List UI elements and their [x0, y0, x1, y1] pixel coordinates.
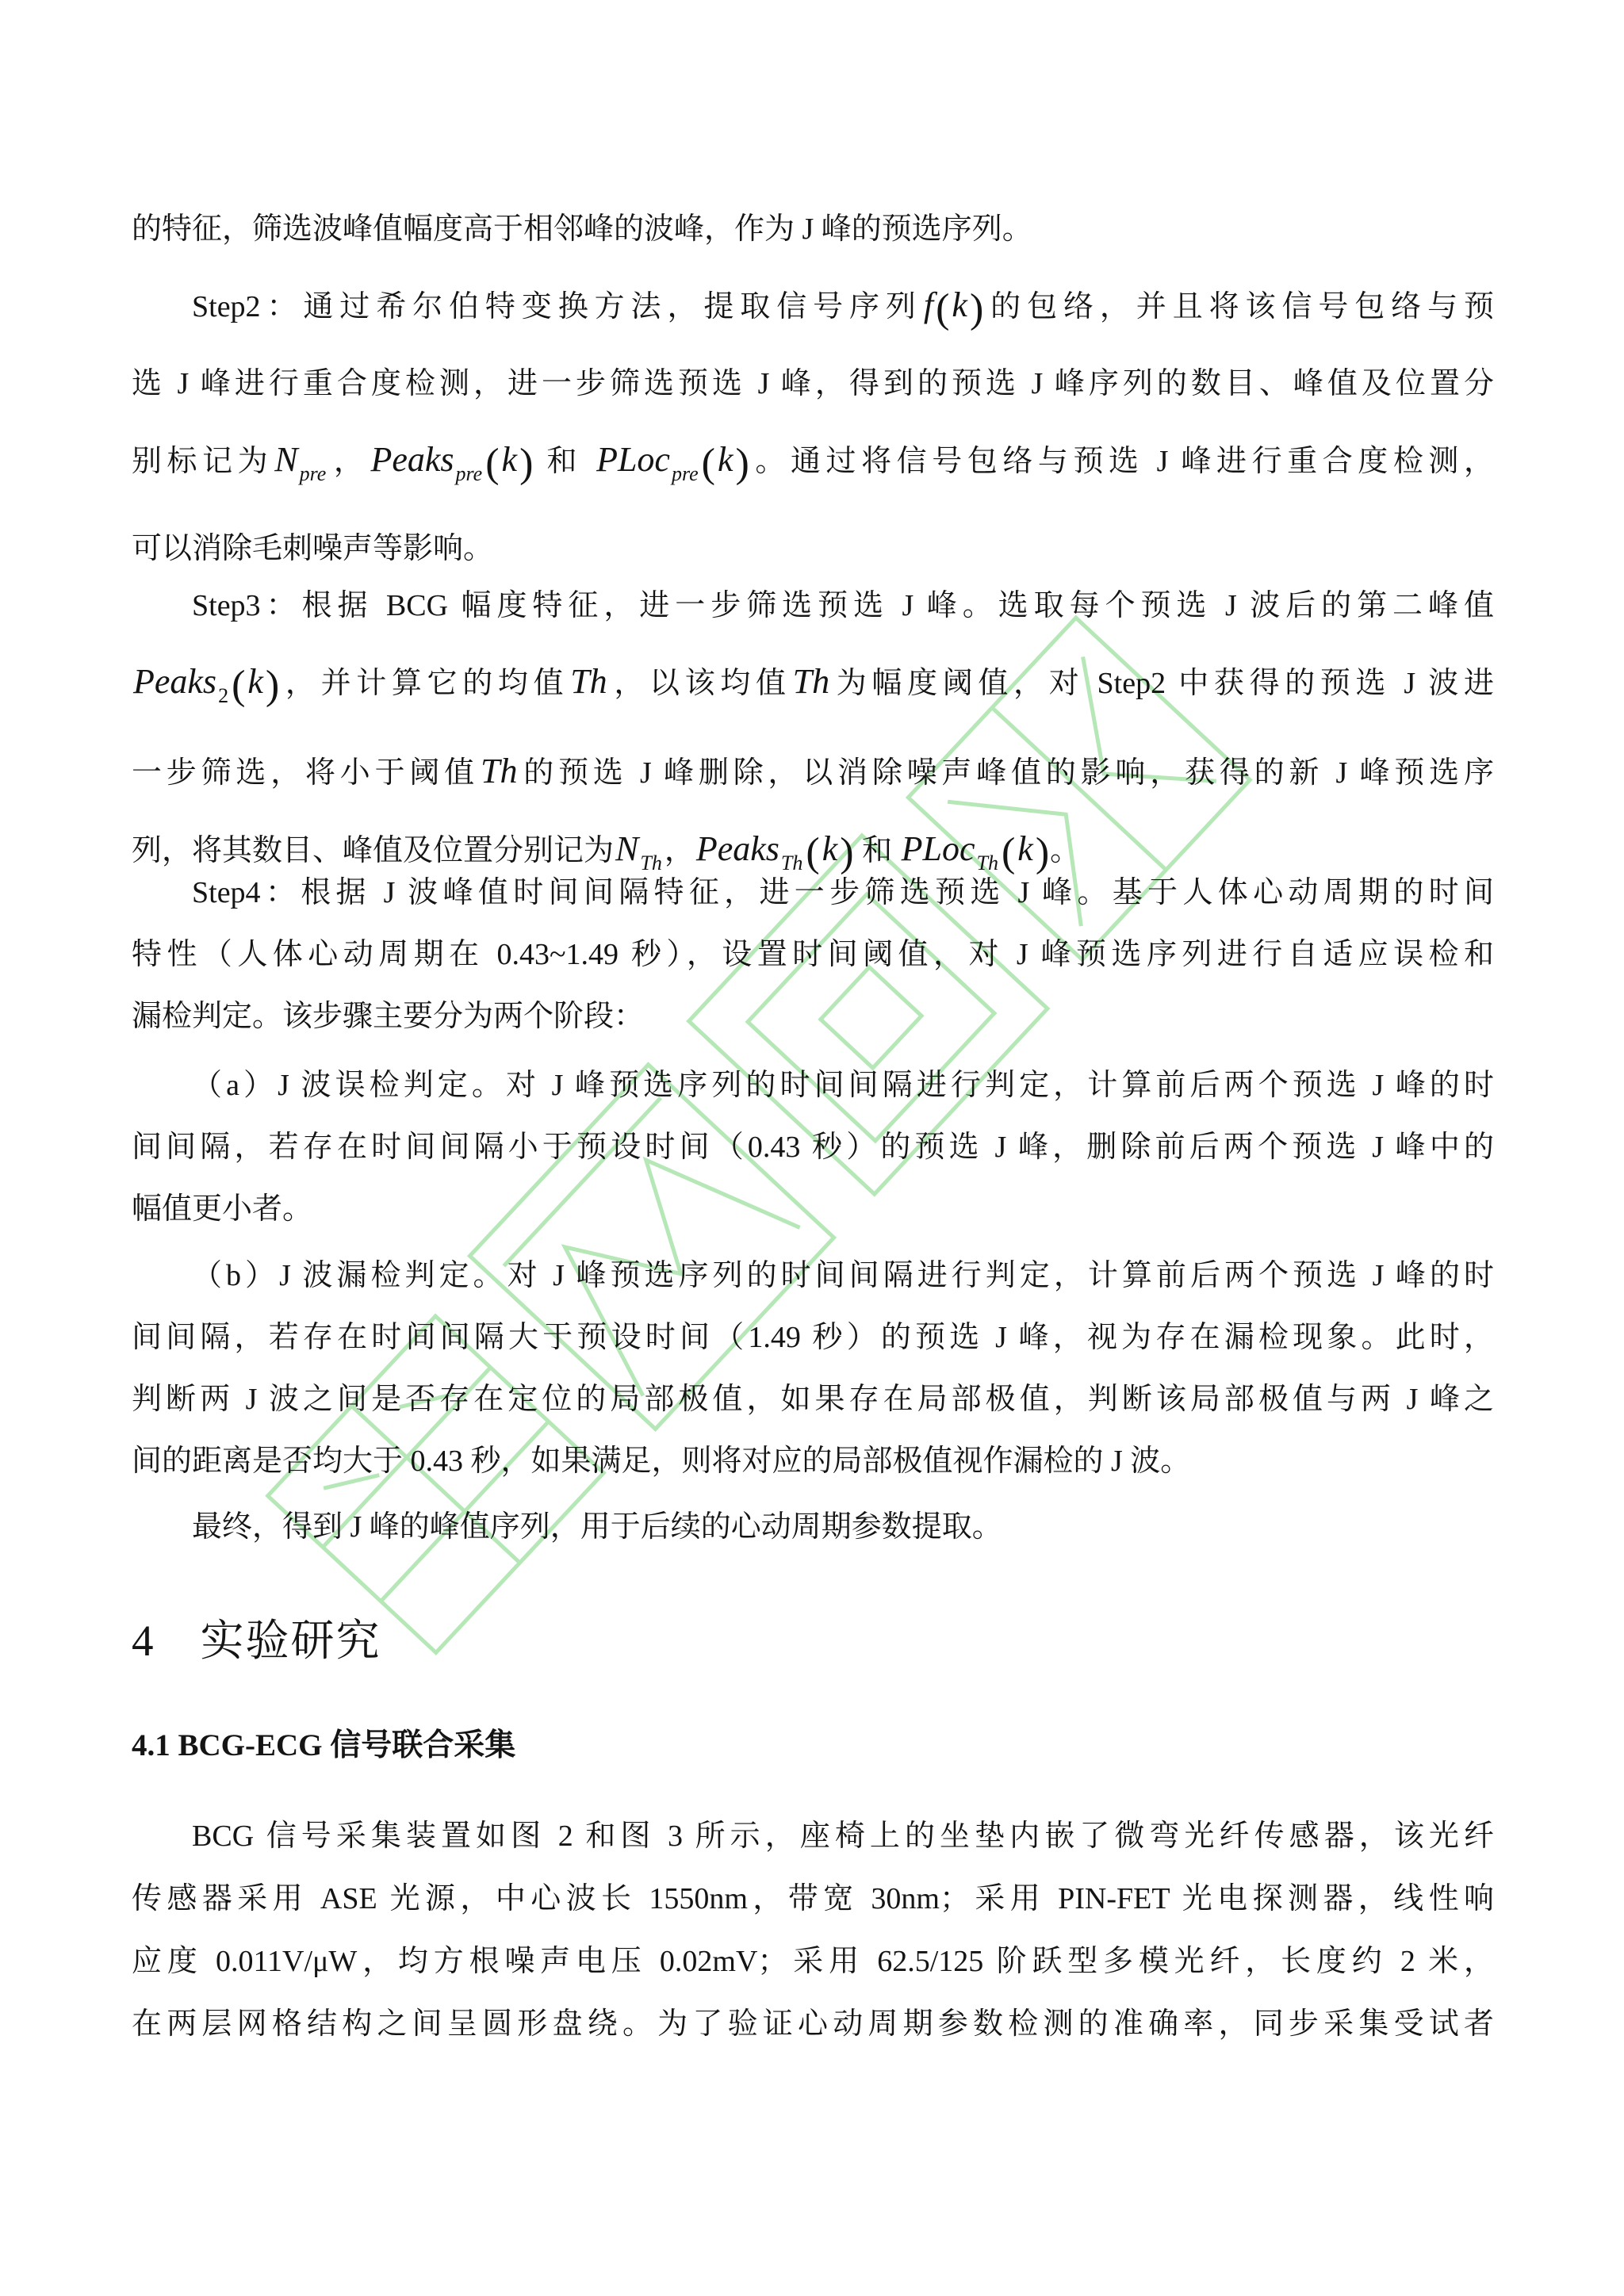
- body-text: 和: [534, 445, 595, 478]
- paragraph-line: 间间隔，若存在时间间隔大于预设时间（1.49 秒）的预选 J 峰，视为存在漏检现…: [132, 1307, 1494, 1368]
- math-var-f: f: [922, 285, 935, 324]
- paragraph-line: （b）J 波漏检判定。对 J 峰预选序列的时间间隔进行判定，计算前后两个预选 J…: [132, 1245, 1494, 1307]
- math-paren: ): [735, 441, 750, 486]
- body-text: 间的距离是否均大于 0.43 秒，如果满足，则将对应的局部极值视作漏检的 J 波…: [132, 1445, 1190, 1478]
- body-text: 间间隔，若存在时间间隔大于预设时间（1.49 秒）的预选 J 峰，视为存在漏检现…: [132, 1321, 1494, 1354]
- body-text: 为幅度阈值，对 Step2 中获得的预选 J 波进: [831, 667, 1494, 700]
- body-text: 。通过将信号包络与预选 J 峰进行重合度检测，: [750, 445, 1494, 478]
- section-heading-4: 4 实验研究: [132, 1611, 381, 1671]
- paragraph-line: 传感器采用 ASE 光源，中心波长 1550nm，带宽 30nm；采用 PIN-…: [132, 1868, 1494, 1931]
- math-paren: ): [265, 663, 280, 708]
- body-text: 的预选 J 峰删除，以消除噪声峰值的影响，获得的新 J 峰预选序: [519, 756, 1494, 790]
- paragraph-line: BCG 信号采集装置如图 2 和图 3 所示，座椅上的坐垫内嵌了微弯光纤传感器，…: [132, 1805, 1494, 1868]
- body-text: BCG 信号采集装置如图 2 和图 3 所示，座椅上的坐垫内嵌了微弯光纤传感器，…: [192, 1820, 1494, 1853]
- subsection-heading-4-1: 4.1 BCG-ECG 信号联合采集: [132, 1723, 515, 1769]
- math-sub-pre: pre: [672, 462, 701, 485]
- paragraph-line: Peaks2(k)，并计算它的均值Th，以该均值Th为幅度阈值，对 Step2 …: [132, 644, 1494, 733]
- body-text: Step2：通过希尔伯特变换方法，提取信号序列: [192, 290, 922, 323]
- math-var-th: Th: [479, 752, 519, 790]
- body-text: （a）J 波误检判定。对 J 峰预选序列的时间间隔进行判定，计算前后两个预选 J…: [192, 1069, 1494, 1102]
- paragraph-line: 漏检判定。该步骤主要分为两个阶段：: [132, 985, 1494, 1047]
- body-text: 一步筛选，将小于阈值: [132, 756, 479, 790]
- math-paren: (: [935, 286, 950, 331]
- paragraph-line: 间间隔，若存在时间间隔小于预设时间（0.43 秒）的预选 J 峰，删除前后两个预…: [132, 1116, 1494, 1178]
- body-text: ，: [328, 445, 369, 478]
- math-var-N: N: [273, 440, 299, 479]
- body-text: 特性（人体心动周期在 0.43~1.49 秒），设置时间阈值，对 J 峰预选序列…: [132, 938, 1494, 971]
- body-text: 的特征，筛选波峰值幅度高于相邻峰的波峰，作为 J 峰的预选序列。: [132, 212, 1032, 246]
- body-text: 漏检判定。该步骤主要分为两个阶段：: [132, 1000, 644, 1033]
- body-text: Step3：根据 BCG 幅度特征，进一步筛选预选 J 峰。选取每个预选 J 波…: [192, 589, 1494, 622]
- math-paren: (: [701, 441, 716, 486]
- body-text: ，并计算它的均值: [280, 667, 569, 700]
- body-text: 幅值更小者。: [132, 1192, 312, 1226]
- paragraph-acquisition: BCG 信号采集装置如图 2 和图 3 所示，座椅上的坐垫内嵌了微弯光纤传感器，…: [132, 1805, 1494, 2056]
- body-text: Step4：根据 J 波峰值时间间隔特征，进一步筛选预选 J 峰。基于人体心动周…: [192, 876, 1494, 909]
- paragraph-line: Step2：通过希尔伯特变换方法，提取信号序列f(k)的包络，并且将该信号包络与…: [132, 267, 1494, 346]
- paragraph-step3: Step3：根据 BCG 幅度特征，进一步筛选预选 J 峰。选取每个预选 J 波…: [132, 568, 1494, 901]
- paragraph-line: Step4：根据 J 波峰值时间间隔特征，进一步筛选预选 J 峰。基于人体心动周…: [132, 862, 1494, 924]
- paragraph-step2: Step2：通过希尔伯特变换方法，提取信号序列f(k)的包络，并且将该信号包络与…: [132, 267, 1494, 587]
- math-var-th: Th: [569, 662, 608, 701]
- math-sub-pre: pre: [300, 462, 329, 485]
- body-text: 间间隔，若存在时间间隔小于预设时间（0.43 秒）的预选 J 峰，删除前后两个预…: [132, 1131, 1494, 1164]
- math-sub-2: 2: [218, 684, 231, 707]
- body-text: 在两层网格结构之间呈圆形盘绕。为了验证心动周期参数检测的准确率，同步采集受试者: [132, 2007, 1494, 2041]
- math-var-th: Th: [791, 662, 831, 701]
- math-var-ploc: PLoc: [595, 440, 672, 479]
- paragraph-line: 最终，得到 J 峰的峰值序列，用于后续的心动周期参数提取。: [132, 1496, 1494, 1558]
- paragraph-line: 特性（人体心动周期在 0.43~1.49 秒），设置时间阈值，对 J 峰预选序列…: [132, 924, 1494, 985]
- body-text: 选 J 峰进行重合度检测，进一步筛选预选 J 峰，得到的预选 J 峰序列的数目、…: [132, 367, 1494, 400]
- body-text: （b）J 波漏检判定。对 J 峰预选序列的时间间隔进行判定，计算前后两个预选 J…: [192, 1259, 1494, 1292]
- body-text: 传感器采用 ASE 光源，中心波长 1550nm，带宽 30nm；采用 PIN-…: [132, 1882, 1494, 1915]
- paragraph-line: （a）J 波误检判定。对 J 峰预选序列的时间间隔进行判定，计算前后两个预选 J…: [132, 1054, 1494, 1116]
- body-text: 判断两 J 波之间是否存在定位的局部极值，如果存在局部极值，判断该局部极值与两 …: [132, 1383, 1494, 1416]
- math-paren: ): [969, 286, 984, 331]
- paragraph-line: 间的距离是否均大于 0.43 秒，如果满足，则将对应的局部极值视作漏检的 J 波…: [132, 1430, 1494, 1492]
- math-var-k: k: [950, 285, 969, 324]
- math-paren: (: [485, 441, 500, 486]
- paragraph-line: 的特征，筛选波峰值幅度高于相邻峰的波峰，作为 J 峰的预选序列。: [132, 198, 1494, 260]
- body-text: ，以该均值: [609, 667, 791, 700]
- paragraph-line: Step3：根据 BCG 幅度特征，进一步筛选预选 J 峰。选取每个预选 J 波…: [132, 568, 1494, 644]
- paragraph-b-missed-detection: （b）J 波漏检判定。对 J 峰预选序列的时间间隔进行判定，计算前后两个预选 J…: [132, 1245, 1494, 1492]
- body-text: 可以消除毛刺噪声等影响。: [132, 532, 493, 565]
- document-page: 的特征，筛选波峰值幅度高于相邻峰的波峰，作为 J 峰的预选序列。 Step2：通…: [0, 0, 1624, 2296]
- math-var-k: k: [500, 440, 519, 479]
- math-var-k: k: [716, 440, 735, 479]
- body-text: 应度 0.011V/μW，均方根噪声电压 0.02mV；采用 62.5/125 …: [132, 1945, 1494, 1978]
- paragraph-final: 最终，得到 J 峰的峰值序列，用于后续的心动周期参数提取。: [132, 1496, 1494, 1558]
- math-paren: (: [231, 663, 246, 708]
- paragraph-line: 别标记为Npre，Peakspre(k) 和 PLocpre(k)。通过将信号包…: [132, 422, 1494, 511]
- math-var-k: k: [246, 662, 265, 701]
- paragraph-line: 一步筛选，将小于阈值Th的预选 J 峰删除，以消除噪声峰值的影响，获得的新 J …: [132, 733, 1494, 811]
- paragraph-line: 选 J 峰进行重合度检测，进一步筛选预选 J 峰，得到的预选 J 峰序列的数目、…: [132, 346, 1494, 422]
- body-text: 别标记为: [132, 445, 273, 478]
- math-var-peaks: Peaks: [369, 440, 455, 479]
- paragraph-line: 应度 0.011V/μW，均方根噪声电压 0.02mV；采用 62.5/125 …: [132, 1931, 1494, 1993]
- paragraph-a-false-detection: （a）J 波误检判定。对 J 峰预选序列的时间间隔进行判定，计算前后两个预选 J…: [132, 1054, 1494, 1240]
- paragraph-line: 幅值更小者。: [132, 1178, 1494, 1240]
- paragraph-step4: Step4：根据 J 波峰值时间间隔特征，进一步筛选预选 J 峰。基于人体心动周…: [132, 862, 1494, 1047]
- paragraph-line: 在两层网格结构之间呈圆形盘绕。为了验证心动周期参数检测的准确率，同步采集受试者: [132, 1993, 1494, 2056]
- paragraph-line: 判断两 J 波之间是否存在定位的局部极值，如果存在局部极值，判断该局部极值与两 …: [132, 1368, 1494, 1430]
- math-var-peaks: Peaks: [132, 662, 218, 701]
- paragraph-continuation: 的特征，筛选波峰值幅度高于相邻峰的波峰，作为 J 峰的预选序列。: [132, 198, 1494, 260]
- math-sub-pre: pre: [456, 462, 485, 485]
- math-paren: ): [519, 441, 534, 486]
- body-text: 的包络，并且将该信号包络与预: [984, 290, 1494, 323]
- body-text: 最终，得到 J 峰的峰值序列，用于后续的心动周期参数提取。: [192, 1510, 1002, 1544]
